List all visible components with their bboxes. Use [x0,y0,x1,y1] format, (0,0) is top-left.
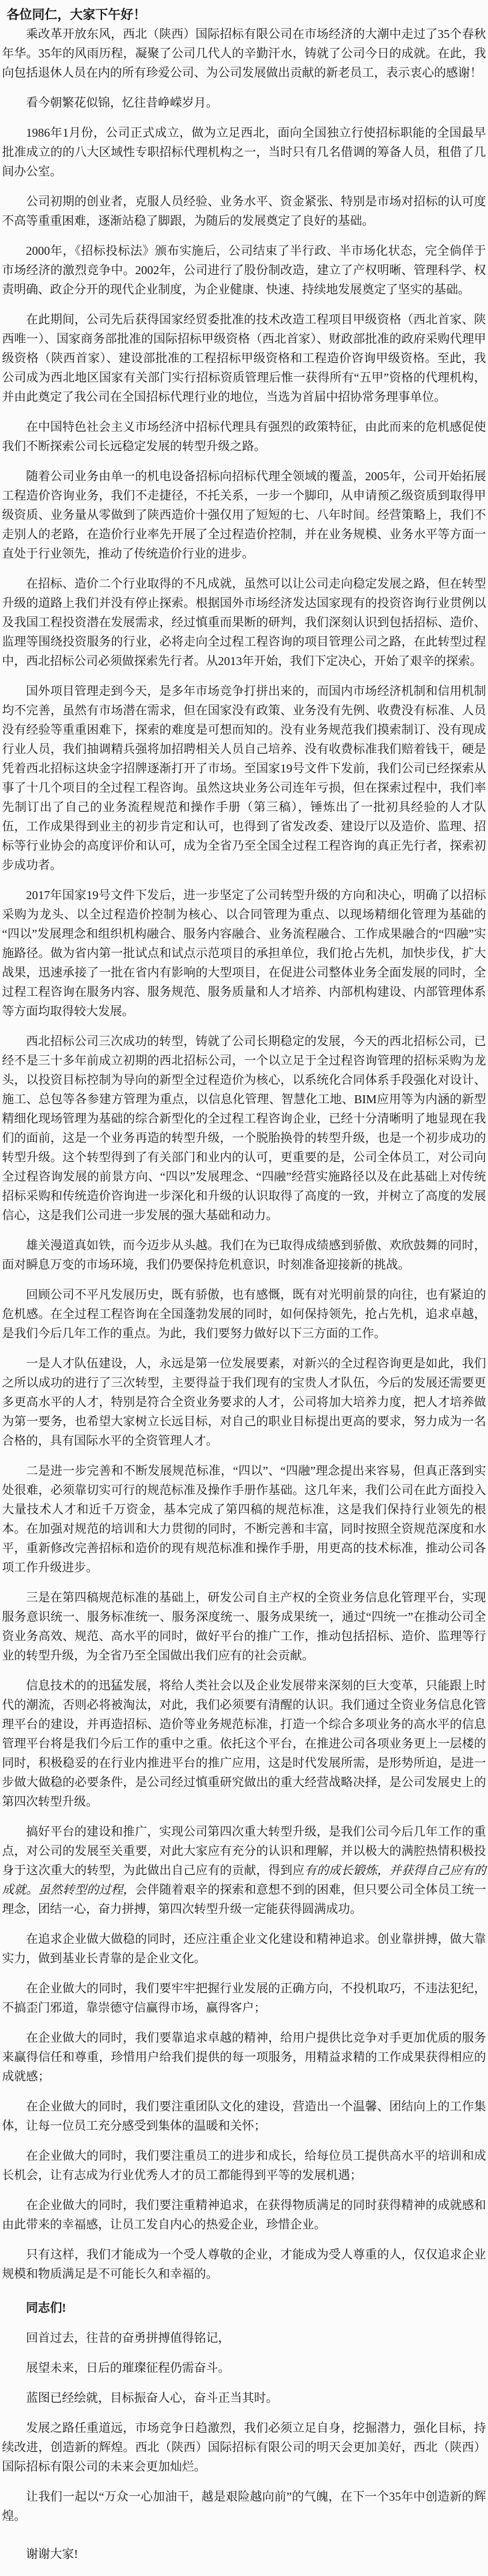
para-xiongguan-pride: 雄关漫道真如铁，而今迈步从头越。我们在为已取得成绩感到骄傲、欢欣鼓舞的同时，面对… [2,1236,486,1275]
para-while-growing-employee-growth: 在企业做大的同时，我们要注重员工的进步和成长，给每位员工提供高水平的培训和成长机… [2,2146,486,2185]
para-policy-crisis: 在中国特色社会主义市场经济中招标代理具有强烈的政策特征，由此而来的危机感促使我们… [2,418,486,456]
para-2017-document-19: 2017年国家19号文件下发后，进一步坚定了公司转型升级的方向和决心，明确了以招… [2,886,486,1021]
para-point-three-platform: 三是在第四稿规范标准的基础上，研发公司自主产权的全资业务信息化管理平台，实现服务… [2,1588,486,1666]
para-corporate-culture: 在追求企业做大做稳的同时，还应注重企业文化建设和精神追求。创业靠拼搏，做大靠实力… [2,1930,486,1968]
para-cost-consulting-2005: 随着公司业务由单一的机电设备招标向招标代理全领域的覆盖，2005年，公司开始拓展… [2,467,486,564]
para-respected-enterprise: 只有这样，我们才能成为一个受人尊敬的企业，才能成为受人尊重的人，仅仅追求企业规模… [2,2245,486,2284]
para-founding-1986: 1986年1月份，公司正式成立，做为立足西北，面向全国独立行使招标职能的全国最早… [2,123,486,181]
para-2000-reform: 2000年，《招标投标法》颁布实施后，公司结束了半行政、半市场化状态，完全倘佯于… [2,241,486,299]
para-while-growing-excellence: 在企业做大的同时，我们要靠追求卓越的精神，给用户提供比竞争对手更加优质的服务来赢… [2,2028,486,2086]
para-point-one-talent: 一是人才队伍建设，人，永远是第一位发展要素，对新兴的全过程咨询更是如此，我们之所… [2,1354,486,1451]
greeting-heading: 各位同仁，大家下午好！ [2,5,486,25]
para-three-transformations: 西北招标公司三次成功的转型，铸就了公司长期稳定的发展，今天的西北招标公司，已经不… [2,1032,486,1225]
para-blueprint: 蓝图已经绘就，目标振奋人心，奋斗正当其时。 [2,2389,486,2408]
speech-document: 各位同仁，大家下午好！ 乘改革开放东风，西北（陕西）国际招标有限公司在市场经济的… [0,0,488,2576]
para-look-back-line: 看今朝繁花似锦，忆往昔峥嵘岁月。 [2,93,486,113]
para-road-ahead: 发展之路任重道远，市场竞争日趋激烈，我们必须立足自身，挖掘潜力，强化目标，持续改… [2,2419,486,2477]
para-qualifications: 在此期间，公司先后获得国家经贸委批准的技术改造工程项目甲级资格（西北首家、陕西唯… [2,310,486,407]
para-while-growing-spirit: 在企业做大的同时，我们要注重精神追求，在获得物质满足的同时获得精神的成就感和由此… [2,2196,486,2234]
para-while-growing-team: 在企业做大的同时，我们要注重团队文化的建设，营造出一个温馨、团结向上的工作集体，… [2,2097,486,2136]
para-transformation-exploration: 在招标、造价二个行业取得的不凡成就，虽然可以让公司走向稳定发展之路，但在转型升级… [2,574,486,671]
para-opening-thanks: 乘改革开放东风，西北（陕西）国际招标有限公司在市场经济的大潮中走过了35个春秋年… [2,25,486,83]
para-look-back: 回首过去，往昔的奋勇拼搏值得铭记， [2,2329,486,2348]
para-project-management-exploration: 国外项目管理走到今天，是多年市场竞争打拼出来的，而国内市场经济机制和信用机制均不… [2,682,486,875]
closing-thanks: 谢谢大家! [2,2545,486,2564]
para-review-history: 回顾公司不平凡发展历史，既有骄傲，也有感慨，既有对光明前景的向往，也有紧迫的危机… [2,1285,486,1343]
para-look-forward: 展望未来，日后的璀璨征程仍需奋斗。 [2,2359,486,2378]
comrades-heading: 同志们! [2,2299,486,2318]
para-early-entrepreneurs: 公司初期的创业者，克服人员经验、业务水平、资金紧张、特别是市场对招标的认可度不高… [2,192,486,231]
para-point-two-standards: 二是进一步完善和不断发展规范标准，“四以”、“四融”理念提出来容易，但真正落到实… [2,1461,486,1577]
para-fourth-transformation: 搞好平台的建设和推广，实现公司第四次重大转型升级，是我们公司今后几年工作的重点，… [2,1822,486,1919]
para-information-technology: 信息技术的的迅猛发展，将给人类社会以及企业发展带来深刻的巨大变革，只能跟上时代的… [2,1676,486,1812]
para-while-growing-integrity: 在企业做大的同时，我们要牢牢把握行业发展的正确方向，不投机取巧，不违法犯纪，不搞… [2,1979,486,2018]
para-slogan: 让我们一起以“万众一心加油干，越是艰险越向前”的气魄，在下一个35年中创造新的辉… [2,2487,486,2526]
